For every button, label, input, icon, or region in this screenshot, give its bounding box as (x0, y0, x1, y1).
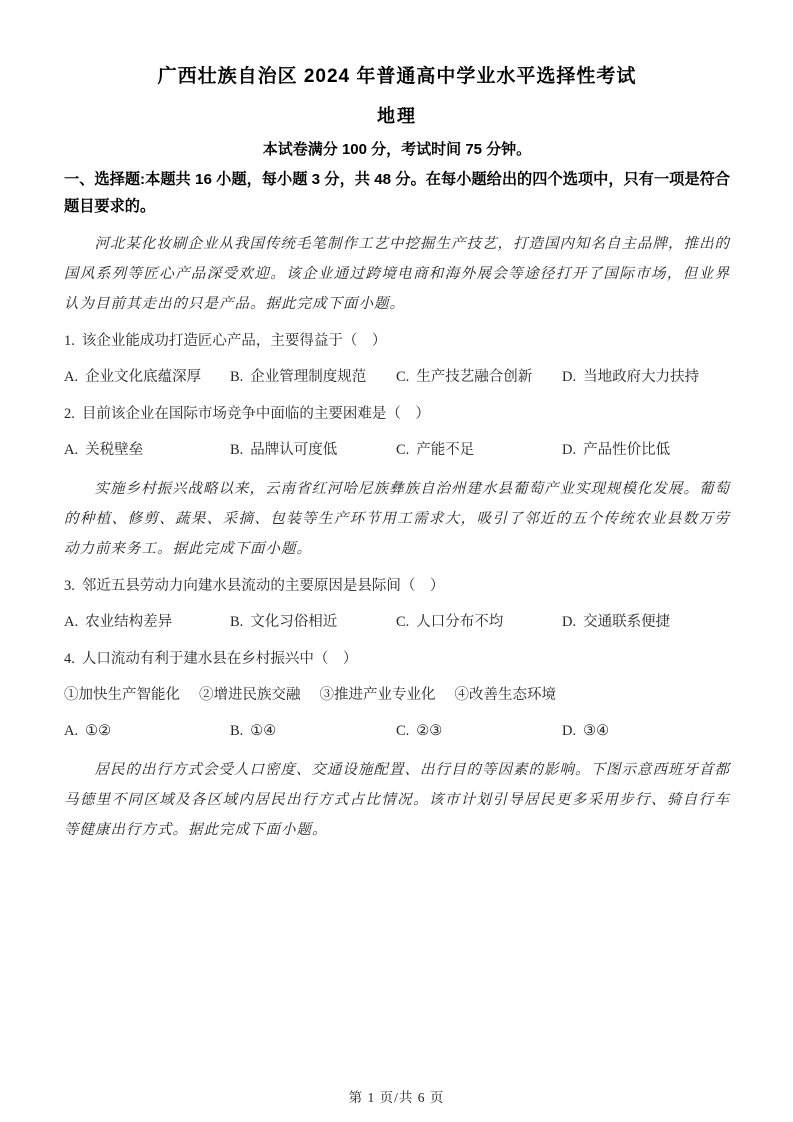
option-2c: C.产能不足 (396, 435, 562, 465)
exam-page: 广西壮族自治区 2024 年普通高中学业水平选择性考试 地理 本试卷满分 100… (0, 0, 793, 1122)
question-4-text: 人口流动有利于建水县在乡村振兴中（ ） (82, 651, 358, 667)
option-3d: D.交通联系便捷 (562, 607, 730, 637)
sub-item-1: ①加快生产智能化 (64, 680, 180, 710)
question-4-stem: 4.人口流动有利于建水县在乡村振兴中（ ） (64, 644, 730, 674)
option-4d-text: ③④ (583, 723, 609, 739)
option-1b-text: 企业管理制度规范 (250, 369, 366, 385)
option-2a: A.关税壁垒 (64, 435, 230, 465)
option-2a-label: A. (64, 442, 78, 458)
option-2b-text: 品牌认可度低 (250, 442, 337, 458)
option-1d: D.当地政府大力扶持 (562, 362, 730, 392)
option-2c-text: 产能不足 (416, 442, 474, 458)
option-3c-text: 人口分布不均 (416, 614, 503, 630)
option-3a: A.农业结构差异 (64, 607, 230, 637)
page-number: 第 1 页/共 6 页 (0, 1086, 793, 1106)
option-2b: B.品牌认可度低 (230, 435, 396, 465)
option-2b-label: B. (230, 442, 243, 458)
option-3a-text: 农业结构差异 (85, 614, 172, 630)
question-1-stem: 1.该企业能成功打造匠心产品，主要得益于（ ） (64, 326, 730, 356)
passage-2: 实施乡村振兴战略以来，云南省红河哈尼族彝族自治州建水县葡萄产业实现规模化发展。葡… (64, 474, 730, 564)
option-1a: A.企业文化底蕴深厚 (64, 362, 230, 392)
option-2a-text: 关税壁垒 (85, 442, 143, 458)
question-4-number: 4. (64, 651, 75, 667)
option-4b-text: ①④ (250, 723, 276, 739)
question-4-options: A.①② B.①④ C.②③ D.③④ (64, 716, 730, 746)
option-2d: D.产品性价比低 (562, 435, 730, 465)
question-3-number: 3. (64, 578, 75, 594)
option-3c-label: C. (396, 614, 409, 630)
option-4d-label: D. (562, 723, 576, 739)
option-3a-label: A. (64, 614, 78, 630)
option-3d-label: D. (562, 614, 576, 630)
option-3b-label: B. (230, 614, 243, 630)
option-2c-label: C. (396, 442, 409, 458)
option-4c: C.②③ (396, 716, 562, 746)
question-3-text: 邻近五县劳动力向建水县流动的主要原因是县际间（ ） (82, 578, 445, 594)
option-1b: B.企业管理制度规范 (230, 362, 396, 392)
passage-1: 河北某化妆刷企业从我国传统毛笔制作工艺中挖掘生产技艺，打造国内知名自主品牌，推出… (64, 229, 730, 319)
option-1d-label: D. (562, 369, 576, 385)
sub-item-4: ④改善生态环境 (455, 680, 557, 710)
option-4c-text: ②③ (416, 723, 442, 739)
option-4b: B.①④ (230, 716, 396, 746)
question-2-number: 2. (64, 406, 75, 422)
option-1b-label: B. (230, 369, 243, 385)
question-1-number: 1. (64, 333, 75, 349)
exam-info-line: 本试卷满分 100 分，考试时间 75 分钟。 (64, 139, 730, 160)
question-2-stem: 2.目前该企业在国际市场竞争中面临的主要困难是（ ） (64, 399, 730, 429)
question-3-options: A.农业结构差异 B.文化习俗相近 C.人口分布不均 D.交通联系便捷 (64, 607, 730, 637)
section-instructions: 一、选择题:本题共 16 小题，每小题 3 分，共 48 分。在每小题给出的四个… (64, 166, 730, 220)
page-title: 广西壮族自治区 2024 年普通高中学业水平选择性考试 (64, 64, 730, 90)
option-4b-label: B. (230, 723, 243, 739)
option-1a-label: A. (64, 369, 78, 385)
option-2d-label: D. (562, 442, 576, 458)
sub-item-2: ②增进民族交融 (199, 680, 301, 710)
subject-title: 地理 (64, 104, 730, 128)
option-4a-text: ①② (85, 723, 111, 739)
option-4a-label: A. (64, 723, 78, 739)
question-1-text: 该企业能成功打造匠心产品，主要得益于（ ） (82, 333, 387, 349)
option-4c-label: C. (396, 723, 409, 739)
question-3-stem: 3.邻近五县劳动力向建水县流动的主要原因是县际间（ ） (64, 571, 730, 601)
passage-3: 居民的出行方式会受人口密度、交通设施配置、出行目的等因素的影响。下图示意西班牙首… (64, 755, 730, 845)
sub-item-3: ③推进产业专业化 (320, 680, 436, 710)
option-1c: C.生产技艺融合创新 (396, 362, 562, 392)
question-4-sub-items: ①加快生产智能化 ②增进民族交融 ③推进产业专业化 ④改善生态环境 (64, 680, 730, 710)
question-1-options: A.企业文化底蕴深厚 B.企业管理制度规范 C.生产技艺融合创新 D.当地政府大… (64, 362, 730, 392)
option-1c-text: 生产技艺融合创新 (416, 369, 532, 385)
option-2d-text: 产品性价比低 (583, 442, 670, 458)
option-1d-text: 当地政府大力扶持 (583, 369, 699, 385)
option-3b-text: 文化习俗相近 (250, 614, 337, 630)
option-3c: C.人口分布不均 (396, 607, 562, 637)
option-3d-text: 交通联系便捷 (583, 614, 670, 630)
option-3b: B.文化习俗相近 (230, 607, 396, 637)
option-1a-text: 企业文化底蕴深厚 (85, 369, 201, 385)
question-2-text: 目前该企业在国际市场竞争中面临的主要困难是（ ） (82, 406, 430, 422)
option-4a: A.①② (64, 716, 230, 746)
option-1c-label: C. (396, 369, 409, 385)
option-4d: D.③④ (562, 716, 730, 746)
question-2-options: A.关税壁垒 B.品牌认可度低 C.产能不足 D.产品性价比低 (64, 435, 730, 465)
